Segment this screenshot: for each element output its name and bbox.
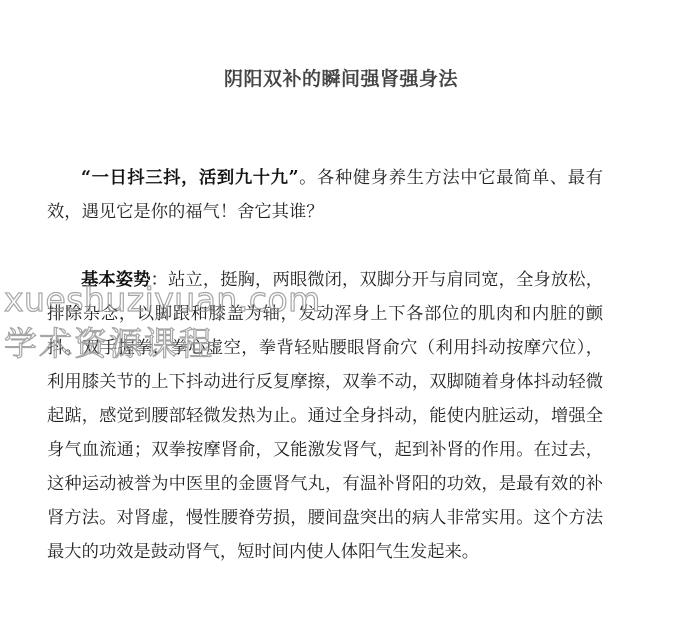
basic-posture-text: ：站立，挺胸，两眼微闭，双脚分开与肩同宽，全身放松，排除杂念，以脚跟和膝盖为轴，… [47, 270, 603, 562]
document-page: 阴阳双补的瞬间强肾强身法 “一日抖三抖，活到九十九”。各种健身养生方法中它最简单… [0, 0, 682, 631]
document-title: 阴阳双补的瞬间强肾强身法 [0, 64, 682, 91]
basic-posture-paragraph: 基本姿势：站立，挺胸，两眼微闭，双脚分开与肩同宽，全身放松，排除杂念，以脚跟和膝… [47, 263, 603, 569]
basic-posture-heading: 基本姿势 [81, 270, 151, 290]
intro-bold-lead: “一日抖三抖，活到九十九” [81, 168, 299, 188]
intro-paragraph: “一日抖三抖，活到九十九”。各种健身养生方法中它最简单、最有效，遇见它是你的福气… [47, 161, 603, 229]
